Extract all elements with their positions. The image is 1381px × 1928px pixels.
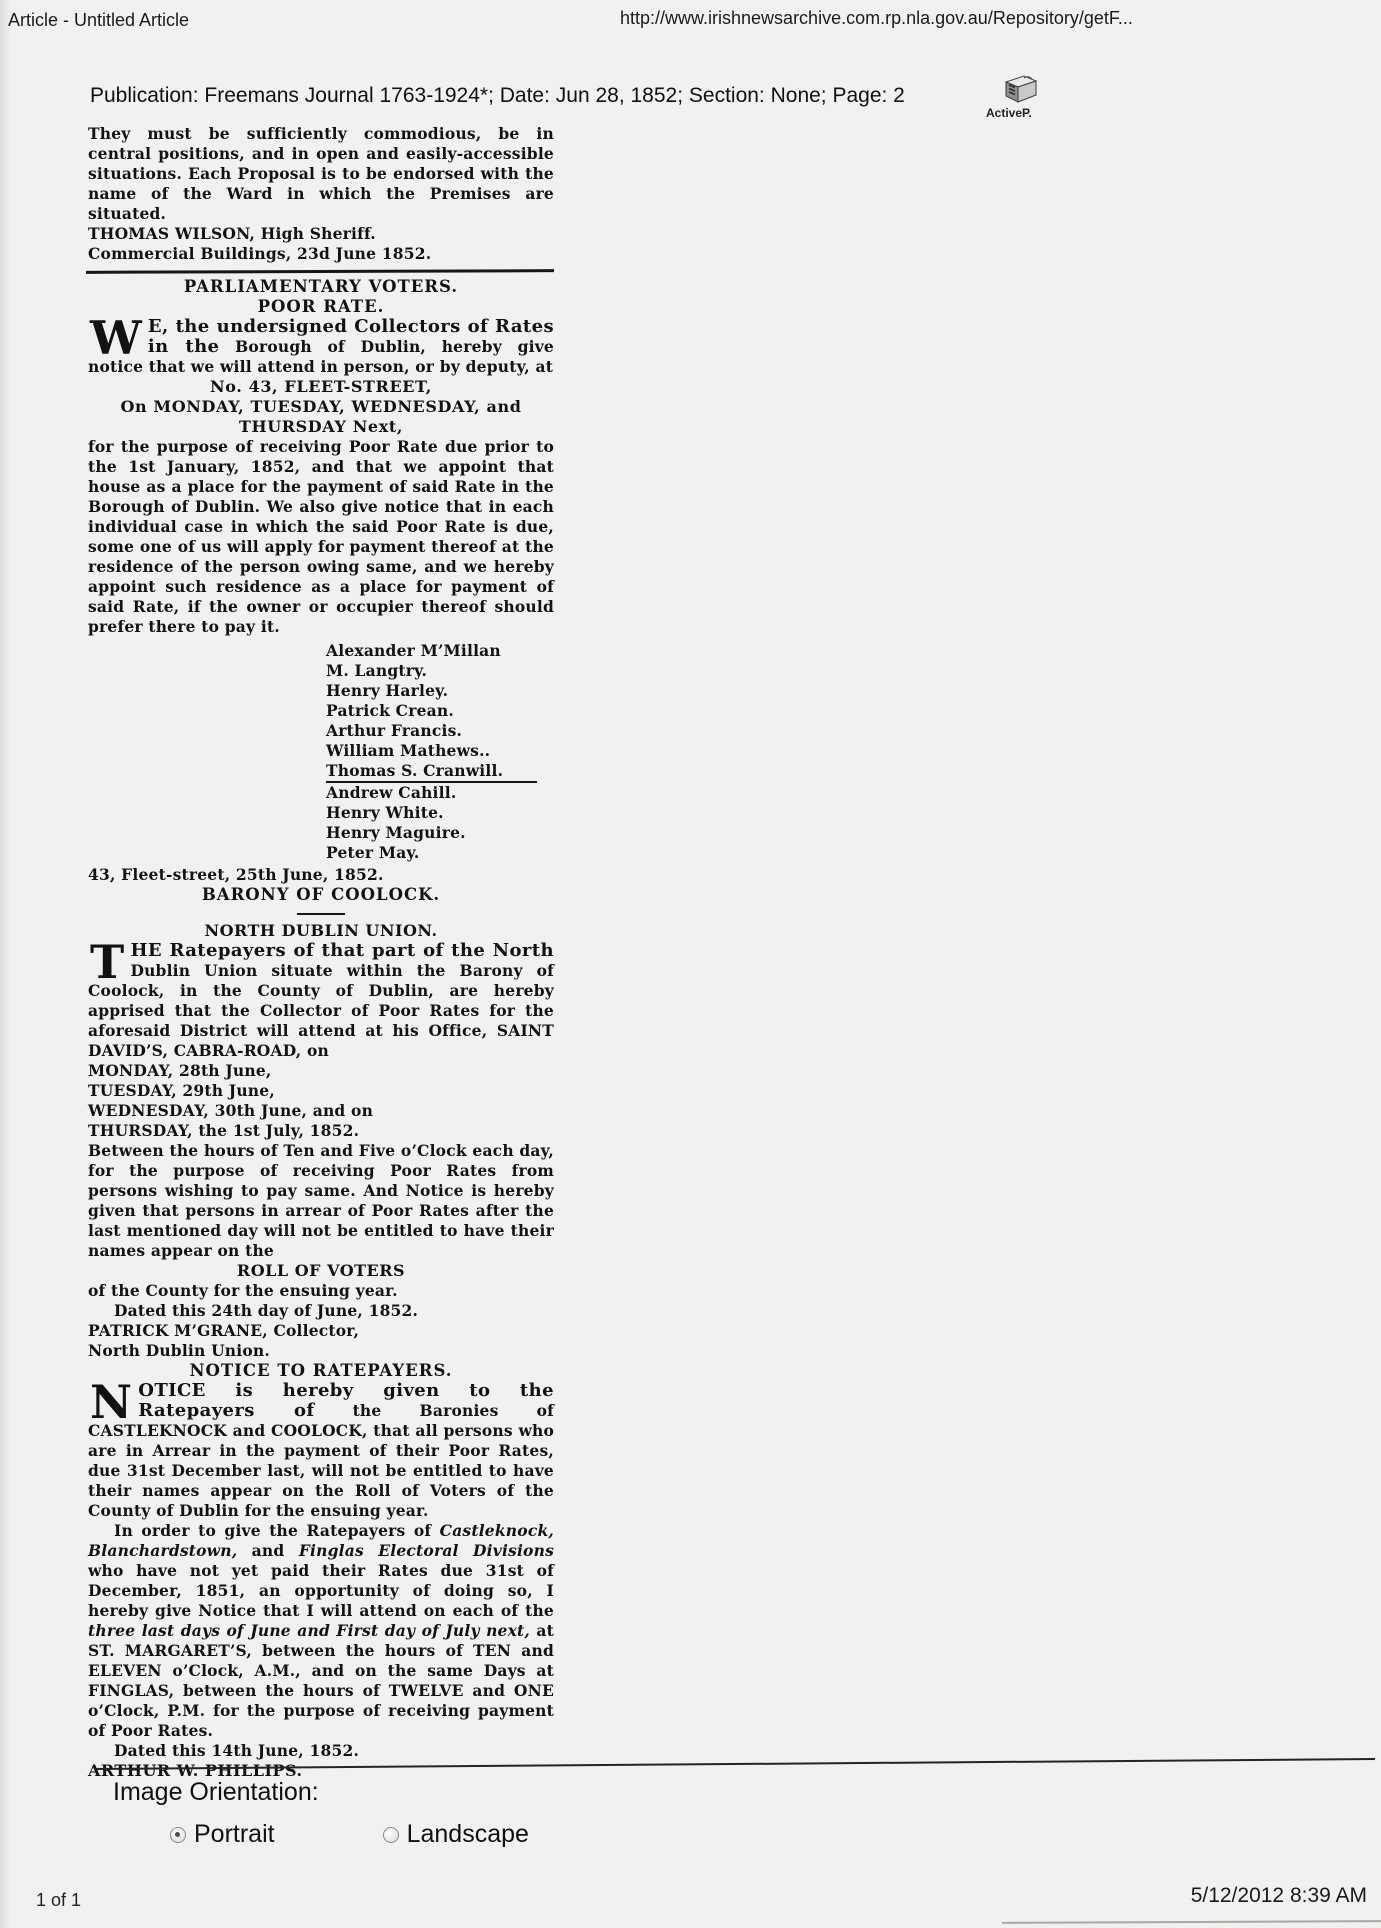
signature-org-north-dublin-union: North Dublin Union.: [88, 1341, 554, 1361]
attendance-day: WEDNESDAY, 30th June, and on: [88, 1101, 554, 1121]
attendance-day: TUESDAY, 29th June,: [88, 1081, 554, 1101]
heading-barony-of-coolock: BARONY OF COOLOCK.: [88, 885, 554, 905]
paragraph-ratepayers-coolock: THE Ratepayers of that part of the North…: [88, 941, 554, 1061]
signatory: Andrew Cahill.: [326, 783, 554, 803]
landscape-radio-label[interactable]: Landscape: [407, 1820, 529, 1849]
signatory: M. Langtry.: [326, 661, 554, 681]
attendance-day: MONDAY, 28th June,: [88, 1061, 554, 1081]
dated-line-june-24: Dated this 24th day of June, 1852.: [88, 1301, 554, 1321]
dropcap-n: N: [88, 1381, 138, 1419]
section-divider-rule: [86, 269, 554, 274]
signatories-list: Alexander M’Millan M. Langtry. Henry Har…: [326, 641, 554, 863]
signature-thomas-wilson: THOMAS WILSON, High Sheriff.: [88, 224, 554, 244]
signatory: Arthur Francis.: [326, 721, 554, 741]
paragraph-county-ensuing-year: of the County for the ensuing year.: [88, 1281, 554, 1301]
heading-notice-to-ratepayers: NOTICE TO RATEPAYERS.: [88, 1361, 554, 1381]
paragraph-hours-notice: Between the hours of Ten and Five o’Cloc…: [88, 1141, 554, 1261]
short-divider-rule: [297, 913, 345, 915]
print-header-url: http://www.irishnewsarchive.com.rp.nla.g…: [620, 8, 1133, 29]
activepaper-icon: [1000, 72, 1040, 106]
signature-patrick-mgrane: PATRICK M’GRANE, Collector,: [88, 1321, 554, 1341]
attendance-day: THURSDAY, the 1st July, 1852.: [88, 1121, 554, 1141]
signatory: Henry Harley.: [326, 681, 554, 701]
heading-roll-of-voters: ROLL OF VOTERS: [88, 1261, 554, 1281]
scan-bottom-edge: [1002, 1920, 1381, 1924]
signatory: Peter May.: [326, 843, 554, 863]
signatory: Alexander M’Millan: [326, 641, 554, 661]
heading-north-dublin-union: NORTH DUBLIN UNION.: [88, 921, 554, 941]
address-fleet-street: No. 43, FLEET-STREET,: [88, 377, 554, 397]
publication-metadata-line: Publication: Freemans Journal 1763-1924*…: [90, 84, 905, 108]
activepaper-label: ActiveP.: [986, 106, 1032, 120]
landscape-radio[interactable]: [383, 1827, 399, 1843]
days-line-1: On MONDAY, TUESDAY, WEDNESDAY, and: [88, 397, 554, 417]
heading-poor-rate: POOR RATE.: [88, 297, 554, 317]
print-header-title: Article - Untitled Article: [8, 10, 189, 31]
portrait-radio[interactable]: [170, 1827, 186, 1843]
paragraph-attendance-schedule: In order to give the Ratepayers of Castl…: [88, 1521, 554, 1741]
dropcap-t: T: [88, 941, 130, 979]
heading-parliamentary-voters: PARLIAMENTARY VOTERS.: [88, 277, 554, 297]
dated-line-june-14: Dated this 14th June, 1852.: [88, 1741, 554, 1761]
scanned-article: They must be sufficiently commodious, be…: [88, 124, 554, 1781]
paragraph-we-collectors: WE, the undersigned Collectors of Rates …: [88, 317, 554, 377]
paragraph-poor-rate-terms: for the purpose of receiving Poor Rate d…: [88, 437, 554, 637]
signatory: Patrick Crean.: [326, 701, 554, 721]
scan-left-edge: [0, 0, 12, 1928]
printed-article-page: { "page": { "header_left": "Article - Un…: [0, 0, 1381, 1928]
signatory: William Mathews..: [326, 741, 554, 761]
signatory: Henry White.: [326, 803, 554, 823]
signatory: Thomas S. Cranwill.: [326, 761, 537, 783]
address-fleet-street-dated: 43, Fleet-street, 25th June, 1852.: [88, 865, 554, 885]
orientation-options: Portrait Landscape: [170, 1820, 529, 1849]
paragraph-premises: They must be sufficiently commodious, be…: [88, 124, 554, 224]
dropcap-w: W: [88, 317, 148, 355]
print-timestamp: 5/12/2012 8:39 AM: [1191, 1884, 1367, 1908]
page-count: 1 of 1: [36, 1890, 81, 1911]
signature-place-date: Commercial Buildings, 23d June 1852.: [88, 244, 554, 264]
paragraph-notice-arrears: NOTICE is hereby given to the Ratepayers…: [88, 1381, 554, 1521]
image-orientation-label: Image Orientation:: [113, 1778, 319, 1807]
portrait-radio-label[interactable]: Portrait: [194, 1820, 275, 1849]
signatory: Henry Maguire.: [326, 823, 554, 843]
days-line-2: THURSDAY Next,: [88, 417, 554, 437]
